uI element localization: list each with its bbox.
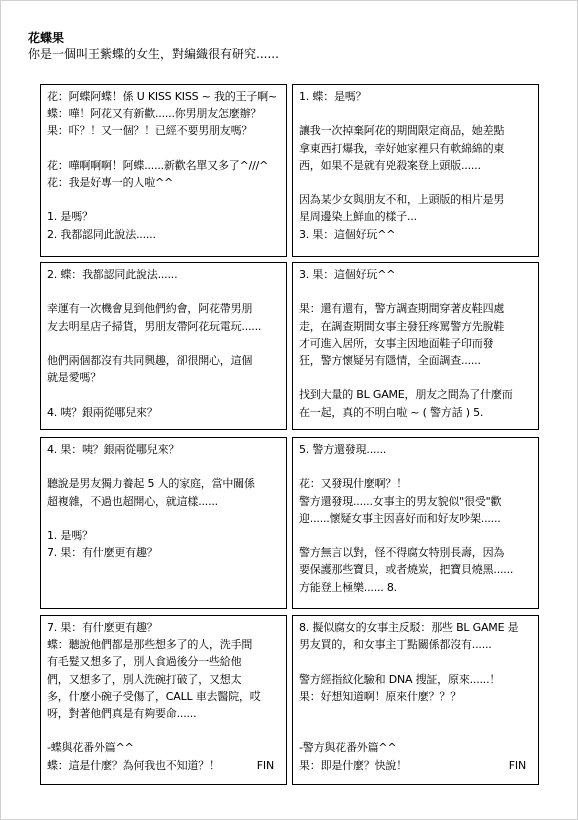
panel-heading: 8. 擬似腐女的女事主反駁：那些 BL GAME 是 (299, 619, 532, 636)
fin-label: FIN (257, 757, 274, 774)
panel-line: 男友買的，和女事主丁點關係都沒有...... (299, 636, 532, 653)
panel-line (47, 191, 280, 208)
panel-final-row: 蝶：這是什麼？為何我也不知道？！ FIN (47, 757, 280, 774)
panel-line: 要保護那些寶貝，或者燒炭，把寶貝燒黑...... (299, 561, 532, 578)
panel-line (299, 174, 532, 191)
panel-line (47, 283, 280, 300)
choice-option[interactable]: 3. 果：這個好玩^^ (299, 226, 532, 243)
panel-line (299, 527, 532, 544)
panel-line: 超複雜，不過也超開心，就這樣...... (47, 493, 280, 510)
choice-option[interactable]: 方能登上極樂...... 8. (299, 579, 532, 596)
panel-line (47, 722, 280, 739)
panel-line (299, 458, 532, 475)
choice-option[interactable]: 1. 是嗎？ (47, 208, 280, 225)
fin-label: FIN (509, 757, 526, 774)
panel-line: 讓我一次掉棄阿花的期間限定商品，她差點 (299, 122, 532, 139)
choice-option[interactable]: 1. 是嗎？ (47, 527, 280, 544)
panel-line: 多，什麼小碗子受傷了，CALL 車去醫院，哎 (47, 688, 280, 705)
panel-line: 走，在調查期間女事主發狂疼罵警方先脫鞋 (299, 318, 532, 335)
panel-heading: 7. 果：有什麼更有趣？ (47, 619, 280, 636)
document-page: 花蝶果 你是一個叫王紫蝶的女生，對編織很有研究...... 花：阿蝶阿蝶！係 U… (0, 0, 578, 820)
panel-line: 才可進入居所，女事主因地面鞋子印而發 (299, 335, 532, 352)
panel-line: 們，又想多了，別人洗碗打破了，又想太 (47, 671, 280, 688)
panel-line: 蝶：嘩！阿花又有新歡......你男朋友怎麼辦？ (47, 105, 280, 122)
panel-line: 蝶：聽說他們都是那些想多了的人，洗手間 (47, 636, 280, 653)
panel-line: 迎......懷疑女事主因喜好而和好友吵架...... (299, 510, 532, 527)
page-title: 花蝶果 (28, 31, 64, 46)
panel-line (47, 386, 280, 403)
panel-line: -蝶與花番外篇^^ (47, 739, 280, 756)
panel-heading: 3. 果：這個好玩^^ (299, 266, 532, 283)
panel-line: 他們兩個都沒有共同興趣，卻很開心，這個 (47, 352, 280, 369)
panel-line: 星周邊染上鮮血的樣子... (299, 208, 532, 225)
panel-line (299, 722, 532, 739)
story-panel-6: 5. 警方還發現...... 花：又發現什麼啊？！ 警方還發現......女事主… (292, 437, 539, 609)
panel-line: 警方無言以對，怪不得腐女特別長壽，因為 (299, 544, 532, 561)
panel-line: 狂，警方懷疑另有隱情，全面調查...... (299, 352, 532, 369)
panel-line: 因為某少女與朋友不和，上頭版的相片是男 (299, 191, 532, 208)
panel-line (299, 653, 532, 670)
panel-line (47, 335, 280, 352)
panel-heading: 1. 蝶：是嗎？ (299, 88, 532, 105)
choice-option[interactable]: 4. 咦？銀兩從哪兒來？ (47, 404, 280, 421)
choice-option[interactable]: 在一起，真的不明白啦 ~ ( 警方話 ) 5. (299, 404, 532, 421)
panel-line: 花：我是好專一的人啦^^ (47, 174, 280, 191)
panel-line (299, 105, 532, 122)
panel-line: 幸運有一次機會見到他們約會，阿花帶男朋 (47, 300, 280, 317)
panel-line: 花：阿蝶阿蝶！係 U KISS KISS ~ 我的王子啊~ (47, 88, 280, 105)
panel-heading: 5. 警方還發現...... (299, 441, 532, 458)
story-panel-5: 4. 果：咦？銀兩從哪兒來？ 聽說是男友獨力養起 5 人的家庭，當中關係 超複雜… (40, 437, 287, 609)
panel-line: 友去明星店子掃貨，男朋友帶阿花玩電玩...... (47, 318, 280, 335)
panel-final-row: 果：即是什麼？快說！ FIN (299, 757, 532, 774)
panel-line: 找到大量的 BL GAME，朋友之間為了什麼而 (299, 386, 532, 403)
choice-option[interactable]: 7. 果：有什麼更有趣？ (47, 544, 280, 561)
story-panel-7: 7. 果：有什麼更有趣？ 蝶：聽說他們都是那些想多了的人，洗手間 有毛髮又想多了… (40, 615, 287, 785)
panel-line: 警方還發現......女事主的男友貌似"很受"歡 (299, 493, 532, 510)
panel-line: 果：即是什麼？快說！ (299, 757, 407, 774)
story-panel-2: 1. 蝶：是嗎？ 讓我一次掉棄阿花的期間限定商品，她差點 拿東西打爆我，幸好她家… (292, 84, 539, 257)
panel-line: 果：吓？！又一個？！已經不要男朋友嗎？ (47, 122, 280, 139)
panel-line: 呀，對著他們真是有夠要命...... (47, 705, 280, 722)
page-subtitle: 你是一個叫王紫蝶的女生，對編織很有研究...... (28, 47, 279, 62)
panel-line (47, 458, 280, 475)
story-panel-8: 8. 擬似腐女的女事主反駁：那些 BL GAME 是 男友買的，和女事主丁點關係… (292, 615, 539, 785)
panel-line: -警方與花番外篇^^ (299, 739, 532, 756)
panel-line: 聽說是男友獨力養起 5 人的家庭，當中關係 (47, 475, 280, 492)
choice-option[interactable]: 2. 我都認同此說法...... (47, 226, 280, 243)
panel-line (299, 283, 532, 300)
panel-line: 果：還有還有，警方調查期間穿著皮鞋四處 (299, 300, 532, 317)
story-panel-3: 2. 蝶：我都認同此說法...... 幸運有一次機會見到他們約會，阿花帶男朋 友… (40, 262, 287, 430)
panel-line: 就是愛嗎？ (47, 369, 280, 386)
story-panel-4: 3. 果：這個好玩^^ 果：還有還有，警方調查期間穿著皮鞋四處 走，在調查期間女… (292, 262, 539, 430)
panel-heading: 2. 蝶：我都認同此說法...... (47, 266, 280, 283)
panel-line (47, 510, 280, 527)
panel-line (299, 705, 532, 722)
panel-line: 花：又發現什麼啊？！ (299, 475, 532, 492)
panel-line: 有毛髮又想多了，別人食過後分一些給他 (47, 653, 280, 670)
panel-line (47, 140, 280, 157)
panel-line: 拿東西打爆我，幸好她家裡只有軟綿綿的東 (299, 140, 532, 157)
panel-line: 花：嘩啊啊啊！阿蝶......新歡名單又多了^///^ (47, 157, 280, 174)
panel-line: 西，如果不是就有兇殺案登上頭版...... (299, 157, 532, 174)
panel-line: 果：好想知道啊！原來什麼？？？ (299, 688, 532, 705)
panel-heading: 4. 果：咦？銀兩從哪兒來？ (47, 441, 280, 458)
panel-line: 警方經指紋化驗和 DNA 搜証，原來......！ (299, 671, 532, 688)
panel-line (299, 369, 532, 386)
story-panel-1: 花：阿蝶阿蝶！係 U KISS KISS ~ 我的王子啊~ 蝶：嘩！阿花又有新歡… (40, 84, 287, 257)
panel-line: 蝶：這是什麼？為何我也不知道？！ (47, 757, 220, 774)
